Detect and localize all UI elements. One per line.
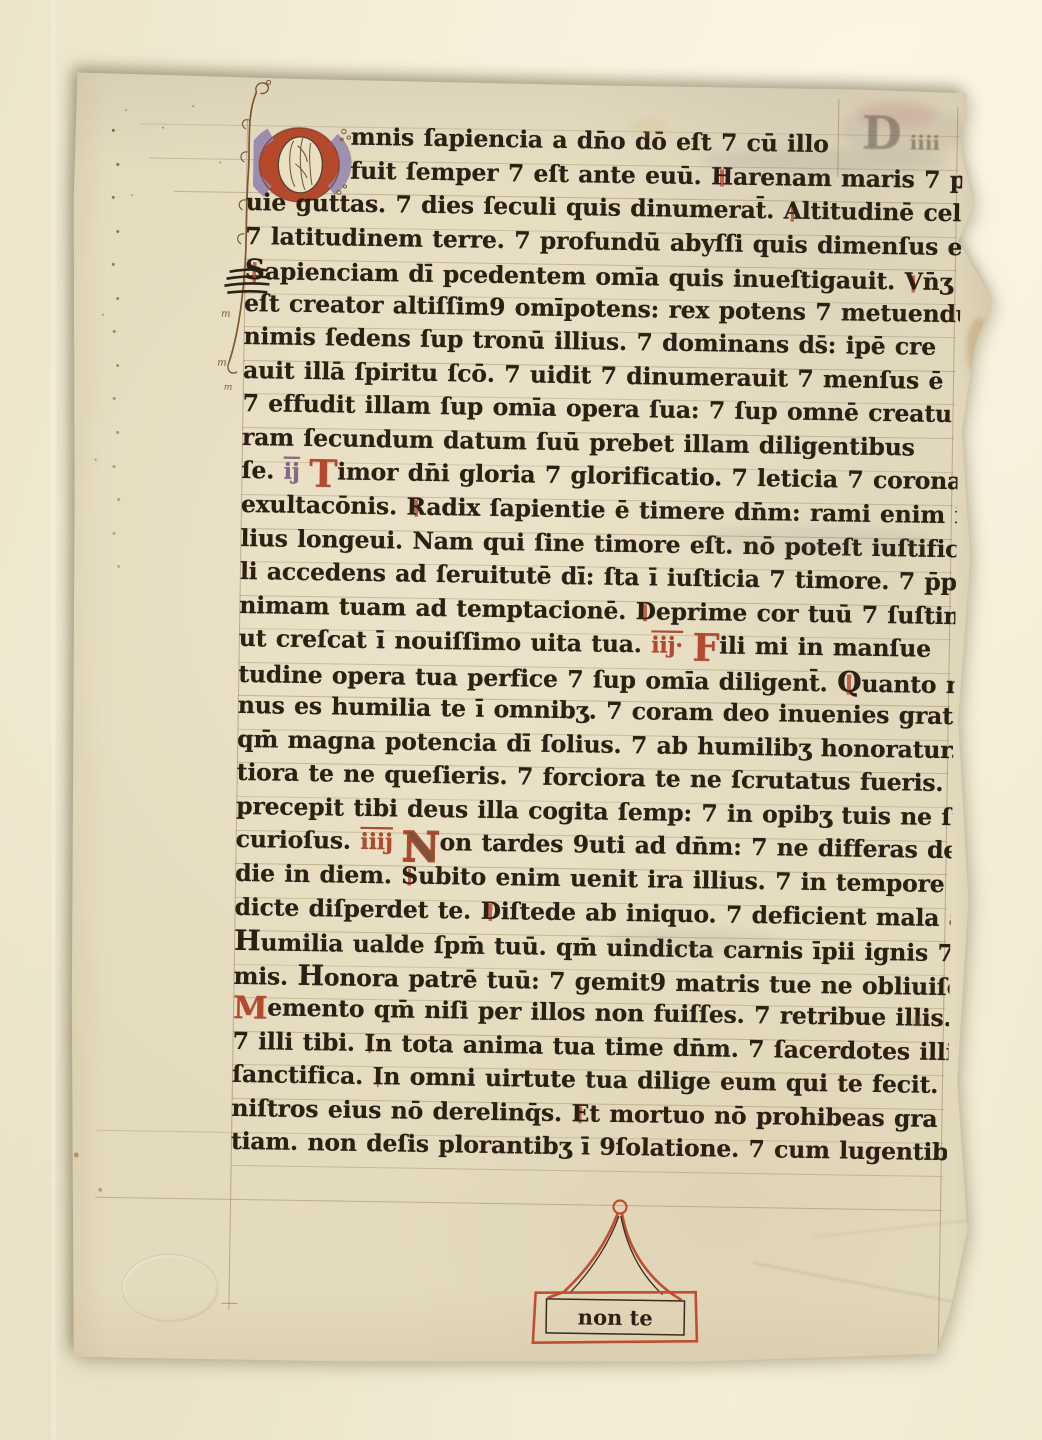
text-segment: n tota anima tua time dn̄m. 7 ſacerdotes… bbox=[375, 1029, 963, 1067]
text-segment: H bbox=[234, 924, 261, 957]
text-block: mnis ſapiencia a dn̄o dō eſt 7 cū illofu… bbox=[230, 119, 963, 1192]
pricking-hole bbox=[116, 230, 119, 233]
pricking-hole bbox=[112, 397, 115, 400]
stain bbox=[74, 1152, 79, 1157]
pricking-hole bbox=[116, 297, 119, 300]
stain bbox=[966, 317, 993, 377]
stain bbox=[98, 1188, 102, 1192]
text-segment: Q bbox=[837, 665, 862, 698]
text-segment: M bbox=[233, 990, 268, 1027]
text-segment: S bbox=[401, 862, 418, 890]
text-segment: nimam tuam ad temptacionē. bbox=[239, 591, 636, 625]
text-segment: E bbox=[571, 1099, 589, 1127]
ruling-tick bbox=[221, 1303, 237, 1304]
ruled-line bbox=[95, 1196, 942, 1210]
fold-crease bbox=[813, 1217, 992, 1238]
pricking-hole bbox=[112, 263, 115, 266]
text-segment: niſtros eius nō derelinq̄s. bbox=[231, 1094, 571, 1127]
text-segment: uanto mag bbox=[861, 669, 963, 699]
text-segment: die in diem. bbox=[235, 859, 402, 890]
text-segment: ubito enim uenit ira illius. 7 in tempor… bbox=[418, 862, 963, 899]
parchment-leaf: m m m mnis ſapiencia a dn̄o dō eſt 7 cū … bbox=[70, 66, 1000, 1368]
text-segment: ſanctifica. bbox=[232, 1060, 373, 1090]
text-segment: S bbox=[244, 253, 265, 286]
text-segment: mis. bbox=[233, 962, 297, 991]
text-segment: n̄ʒ bbox=[922, 268, 952, 296]
fold-crease bbox=[754, 1262, 980, 1307]
text-segment: exultacōnis. bbox=[241, 490, 407, 521]
text-segment: ili mi in manſue bbox=[719, 632, 931, 663]
text-segment: ſe. bbox=[241, 456, 284, 485]
stain bbox=[978, 343, 985, 350]
text-segment bbox=[393, 828, 403, 856]
text-segment: ij bbox=[283, 459, 299, 485]
text-segment: curioſus. bbox=[236, 825, 361, 855]
text-segment: ltitudinē celi bbox=[802, 197, 963, 228]
pricking-hole bbox=[112, 129, 115, 132]
stain bbox=[630, 118, 666, 137]
manuscript-photo: m m m mnis ſapiencia a dn̄o dō eſt 7 cū … bbox=[0, 0, 1042, 1440]
text-segment: iiij bbox=[360, 829, 393, 856]
pricking-hole bbox=[116, 431, 119, 434]
text-segment: dicte diſperdet te. bbox=[234, 892, 480, 924]
pricking-hole bbox=[116, 162, 119, 165]
text-segment: iij· bbox=[651, 633, 683, 659]
pricking-hole bbox=[112, 196, 115, 199]
parchment-leaf-wrap: m m m mnis ſapiencia a dn̄o dō eſt 7 cū … bbox=[0, 0, 1042, 1440]
text-segment: 7 illi tibi. bbox=[232, 1027, 364, 1057]
text-segment: H bbox=[297, 959, 324, 992]
text-segment: adix ſapientie ē timere dn̄m: rami enim … bbox=[426, 493, 963, 530]
pricking-hole bbox=[117, 565, 120, 568]
text-segment: I bbox=[364, 1029, 375, 1057]
text-segment: V bbox=[904, 268, 922, 296]
text-segment: uie guttas. 7 dies ſeculi quis dinumerat… bbox=[246, 188, 784, 224]
text-segment: t mortuo nō prohibeas gra bbox=[589, 1099, 938, 1132]
text-segment: on tardes 9uti ad dn̄m: 7 ne differas de bbox=[439, 829, 958, 865]
pricking-holes bbox=[71, 63, 1001, 78]
svg-text:m: m bbox=[224, 383, 233, 393]
catchword-text: non te bbox=[578, 1304, 653, 1330]
pricking-hole bbox=[112, 330, 115, 333]
pricking-hole bbox=[117, 498, 120, 501]
text-segment: fuit ſemper 7 eſt ante euū. bbox=[350, 156, 711, 190]
text-segment: ut creſcat ī nouiſſimo uita tua. bbox=[239, 624, 652, 658]
text-segment: A bbox=[784, 197, 802, 225]
text-segment: iſtede ab iniquo. 7 deficient mala abs t… bbox=[501, 897, 963, 933]
catchword-frame: non te bbox=[521, 1190, 723, 1353]
pricking-hole bbox=[113, 464, 116, 467]
ruled-lines bbox=[71, 63, 1001, 78]
stain bbox=[911, 1017, 923, 1027]
pricking-hole bbox=[116, 364, 119, 367]
text-segment: D bbox=[635, 597, 656, 625]
blind-stamp bbox=[121, 1253, 219, 1323]
text-segment: D bbox=[480, 896, 501, 924]
folio-content: m m m mnis ſapiencia a dn̄o dō eſt 7 cū … bbox=[50, 63, 1000, 1379]
svg-text:m: m bbox=[217, 358, 227, 369]
svg-text:m: m bbox=[221, 309, 231, 320]
text-segment: R bbox=[406, 493, 426, 521]
text-segment bbox=[299, 457, 309, 485]
pricking-hole bbox=[113, 532, 116, 535]
text-segment bbox=[683, 631, 693, 659]
